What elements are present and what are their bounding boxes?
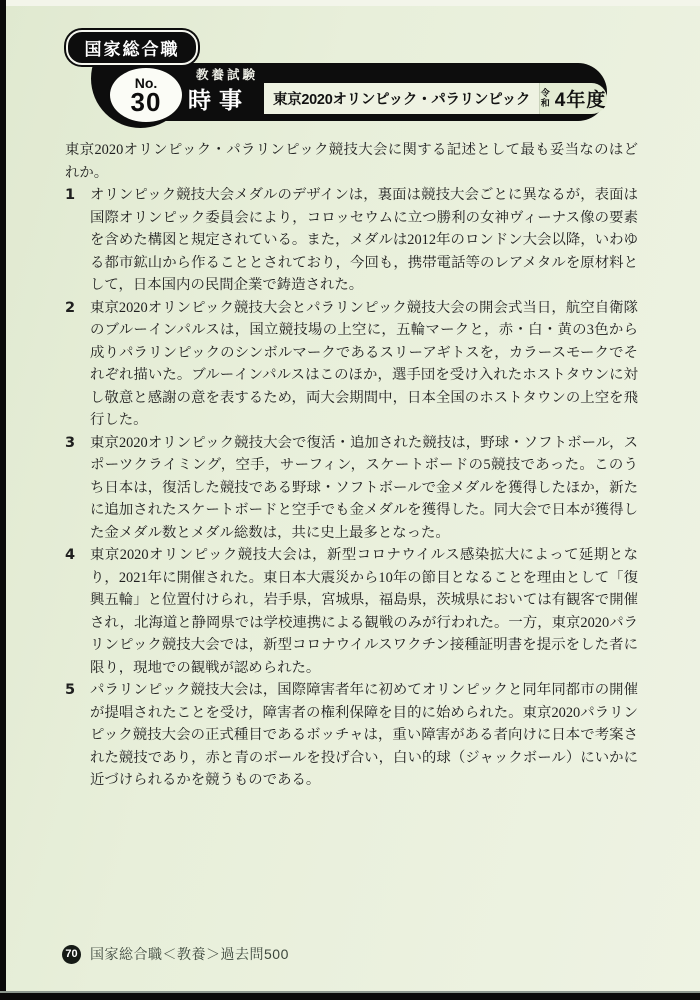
option-5-text: パラリンピック競技大会は，国際障害者年に初めてオリンピックと同年同都市の開催が提… <box>90 679 638 792</box>
page-footer: 70 国家総合職＜教養＞過去問500 <box>62 944 289 964</box>
book-page: 国家総合職 No. 30 教養試験 時事 東京2020オリンピック・パラリンピッ… <box>0 0 700 1000</box>
series-badge-label: 国家総合職 <box>85 35 180 60</box>
header-bar-row: 時事 東京2020オリンピック・パラリンピック 令和 4年度 <box>150 83 607 114</box>
page-top-edge <box>0 0 700 6</box>
option-4-text: 東京2020オリンピック競技大会は，新型コロナウイルス感染拡大によって延期となり… <box>90 544 638 679</box>
option-1-number: 1 <box>65 184 90 297</box>
page-left-edge <box>0 0 6 1000</box>
option-2: 2 東京2020オリンピック競技大会とパラリンピック競技大会の開会式当日，航空自… <box>65 297 638 432</box>
option-4: 4 東京2020オリンピック競技大会は，新型コロナウイルス感染拡大によって延期と… <box>65 544 638 679</box>
question-number-oval: No. 30 <box>108 66 184 124</box>
year-label: 4年度 <box>555 85 607 112</box>
option-2-number: 2 <box>65 297 90 432</box>
option-4-number: 4 <box>65 544 90 679</box>
series-badge: 国家総合職 <box>66 30 198 65</box>
subject-label: 時事 <box>188 82 250 115</box>
book-title: 国家総合職＜教養＞過去問500 <box>90 944 289 964</box>
option-1-text: オリンピック競技大会メダルのデザインは，裏面は競技大会ごとに異なるが，表面は国際… <box>90 184 638 297</box>
option-1: 1 オリンピック競技大会メダルのデザインは，裏面は競技大会ごとに異なるが，表面は… <box>65 184 638 297</box>
option-2-text: 東京2020オリンピック競技大会とパラリンピック競技大会の開会式当日，航空自衛隊… <box>90 297 638 432</box>
page-bottom-edge <box>0 991 700 1000</box>
option-5: 5 パラリンピック競技大会は，国際障害者年に初めてオリンピックと同年同都市の開催… <box>65 679 638 792</box>
exam-type-label: 教養試験 <box>196 65 258 83</box>
question-body: 東京2020オリンピック・パラリンピック競技大会に関する記述として最も妥当なのは… <box>65 139 638 792</box>
option-3-number: 3 <box>65 432 90 545</box>
question-number: 30 <box>131 90 162 115</box>
question-stem: 東京2020オリンピック・パラリンピック競技大会に関する記述として最も妥当なのは… <box>65 139 638 184</box>
page-number-badge: 70 <box>62 945 81 964</box>
option-5-number: 5 <box>65 679 90 792</box>
option-3-text: 東京2020オリンピック競技大会で復活・追加された競技は，野球・ソフトボール，ス… <box>90 432 638 545</box>
header-bar: 教養試験 時事 東京2020オリンピック・パラリンピック 令和 4年度 <box>150 63 607 121</box>
era-label: 令和 <box>541 89 550 109</box>
year-box: 令和 4年度 <box>539 83 607 114</box>
option-3: 3 東京2020オリンピック競技大会で復活・追加された競技は，野球・ソフトボール… <box>65 432 638 545</box>
topic-box: 東京2020オリンピック・パラリンピック <box>264 83 539 114</box>
